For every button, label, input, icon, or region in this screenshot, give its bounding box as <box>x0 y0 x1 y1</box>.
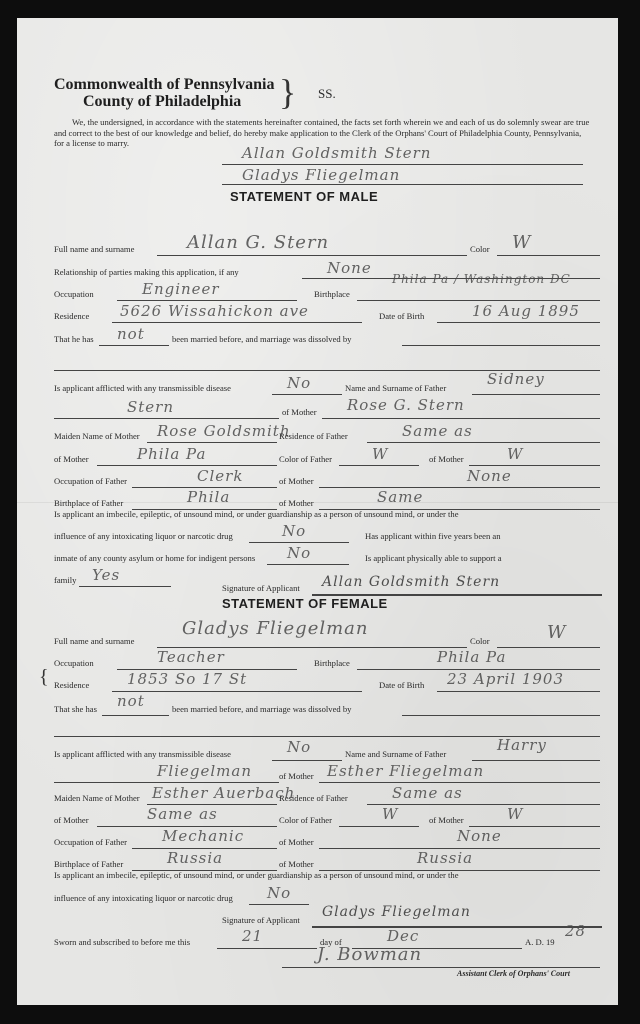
male-birth-mother-label: of Mother <box>279 498 314 508</box>
male-influence-line <box>249 542 349 543</box>
male-dob-value: 16 Aug 1895 <box>472 302 580 320</box>
male-dissolved-label: been married before, and marriage was di… <box>172 334 351 344</box>
female-birth-father-label: Birthplace of Father <box>54 859 123 869</box>
header-county: County of Philadelphia <box>83 93 241 110</box>
male-color-mother-value: W <box>507 445 523 463</box>
male-father-name-line <box>472 394 600 395</box>
male-father-name-label: Name and Surname of Father <box>345 383 446 393</box>
clerk-signature-line <box>282 967 600 968</box>
male-married-value: not <box>117 325 145 343</box>
male-support-label: Is applicant physically able to support … <box>365 553 502 563</box>
male-birthplace-line <box>357 300 600 301</box>
female-res-father-value: Same as <box>392 784 463 802</box>
male-birth-father-label: Birthplace of Father <box>54 498 123 508</box>
male-five-years-label: Has applicant within five years been an <box>365 531 501 541</box>
male-occupation-line <box>117 300 297 301</box>
female-mother-name-line <box>319 782 600 783</box>
female-disease-value: No <box>287 738 311 756</box>
female-influence-line <box>249 904 309 905</box>
female-color-value: W <box>547 622 567 643</box>
male-occupation-label: Occupation <box>54 289 94 299</box>
female-birth-mother-label: of Mother <box>279 859 314 869</box>
male-birth-mother-value: Same <box>377 488 423 506</box>
male-occ-mother-line <box>319 487 600 488</box>
male-occ-mother-label: of Mother <box>279 476 314 486</box>
female-signature-label: Signature of Applicant <box>222 915 300 925</box>
male-relationship-label: Relationship of parties making this appl… <box>54 267 239 277</box>
male-occupation-value: Engineer <box>142 280 220 298</box>
female-occ-mother-label: of Mother <box>279 837 314 847</box>
male-family-label: family <box>54 575 76 585</box>
female-occupation-value: Teacher <box>157 648 225 666</box>
male-color-father-line <box>339 465 419 466</box>
male-birthplace-value: Phila Pa / Washington DC <box>392 272 571 286</box>
male-color-label: Color <box>470 244 490 254</box>
male-mother-name-label: of Mother <box>282 407 317 417</box>
female-residence-label: Residence <box>54 680 89 690</box>
brace: } <box>279 74 296 110</box>
male-residence-line <box>112 322 362 323</box>
female-signature-value: Gladys Fliegelman <box>322 904 471 920</box>
female-color-mother-label: of Mother <box>429 815 464 825</box>
male-married-line <box>99 345 169 346</box>
female-mother-name-label: of Mother <box>279 771 314 781</box>
male-dissolved-line <box>402 345 600 346</box>
applicant-line-1 <box>222 164 583 165</box>
female-birth-father-value: Russia <box>167 849 223 867</box>
male-relationship-value: None <box>327 259 372 277</box>
male-maiden-mother-label: Maiden Name of Mother <box>54 431 140 441</box>
male-married-label: That he has <box>54 334 94 344</box>
female-father-name-value-1: Harry <box>497 736 547 754</box>
female-maiden-mother-value: Esther Auerbach <box>152 784 295 802</box>
male-family-value: Yes <box>92 566 120 584</box>
male-dob-label: Date of Birth <box>379 311 424 321</box>
male-birth-father-value: Phila <box>187 488 230 506</box>
female-color-line <box>497 647 600 648</box>
male-res-mother-label: of Mother <box>54 454 89 464</box>
female-disease-line <box>272 760 342 761</box>
female-occ-mother-value: None <box>457 827 502 845</box>
male-inmate-label: inmate of any county asylum or home for … <box>54 553 255 563</box>
male-occ-father-label: Occupation of Father <box>54 476 127 486</box>
male-full-name-line <box>157 255 467 256</box>
male-res-mother-value: Phila Pa <box>137 445 206 463</box>
sworn-year-value: 28 <box>565 922 586 940</box>
applicant-name-2: Gladys Fliegelman <box>242 166 400 184</box>
female-influence-value: No <box>267 884 291 902</box>
female-full-name-value: Gladys Fliegelman <box>182 618 369 639</box>
ss-mark: SS. <box>318 86 336 102</box>
male-dob-line <box>437 322 600 323</box>
female-residence-value: 1853 So 17 St <box>127 670 247 688</box>
female-color-father-line <box>339 826 419 827</box>
female-birth-mother-value: Russia <box>417 849 473 867</box>
female-dob-value: 23 April 1903 <box>447 670 564 688</box>
female-res-mother-value: Same as <box>147 805 218 823</box>
female-occ-father-value: Mechanic <box>162 827 244 845</box>
male-signature-label: Signature of Applicant <box>222 583 300 593</box>
male-residence-value: 5626 Wissahickon ave <box>120 302 309 320</box>
female-maiden-mother-label: Maiden Name of Mother <box>54 793 140 803</box>
female-married-label: That she has <box>54 704 97 714</box>
male-color-mother-line <box>469 465 600 466</box>
female-mother-name-value: Esther Fliegelman <box>327 762 484 780</box>
female-father-name-line <box>472 760 600 761</box>
female-father-name-value-2: Fliegelman <box>157 762 252 780</box>
male-father-name-value-1: Sidney <box>487 370 545 388</box>
male-residence-label: Residence <box>54 311 89 321</box>
female-dissolved-line <box>402 715 600 716</box>
female-color-father-value: W <box>382 805 398 823</box>
female-birthplace-value: Phila Pa <box>437 648 506 666</box>
female-married-value: not <box>117 692 145 710</box>
male-mother-name-line <box>322 418 600 419</box>
male-maiden-mother-value: Rose Goldsmith <box>157 422 291 440</box>
male-color-father-label: Color of Father <box>279 454 332 464</box>
female-residence-line <box>112 691 362 692</box>
male-occ-mother-value: None <box>467 467 512 485</box>
male-full-name-value: Allan G. Stern <box>187 232 329 253</box>
male-res-father-value: Same as <box>402 422 473 440</box>
male-signature-value: Allan Goldsmith Stern <box>322 574 500 590</box>
female-color-label: Color <box>470 636 490 646</box>
margin-bracket: { <box>39 666 49 689</box>
male-influence-label: influence of any intoxicating liquor or … <box>54 531 233 541</box>
female-married-line <box>102 715 169 716</box>
male-father-surname-line <box>54 418 279 419</box>
marriage-license-application: Commonwealth of Pennsylvania County of P… <box>17 18 618 1005</box>
female-res-father-line <box>367 804 600 805</box>
male-influence-value: No <box>282 522 306 540</box>
female-color-father-label: Color of Father <box>279 815 332 825</box>
applicant-line-2 <box>222 184 583 185</box>
male-color-father-value: W <box>372 445 388 463</box>
male-imbecile-question: Is applicant an imbecile, epileptic, of … <box>54 509 459 519</box>
female-father-name-label: Name and Surname of Father <box>345 749 446 759</box>
male-section-title: Statement of Male <box>230 189 378 204</box>
male-color-line <box>497 255 600 256</box>
male-inmate-value: No <box>287 544 311 562</box>
sworn-label: Sworn and subscribed to before me this <box>54 937 190 947</box>
female-disease-label: Is applicant afflicted with any transmis… <box>54 749 231 759</box>
female-birthplace-label: Birthplace <box>314 658 350 668</box>
sworn-day-value: 21 <box>242 927 263 945</box>
male-disease-value: No <box>287 374 311 392</box>
male-color-value: W <box>512 232 532 253</box>
male-family-line <box>79 586 171 587</box>
female-section-title: Statement of Female <box>222 596 388 611</box>
clerk-title: Assistant Clerk of Orphans' Court <box>457 969 570 978</box>
female-occupation-label: Occupation <box>54 658 94 668</box>
female-dob-label: Date of Birth <box>379 680 424 690</box>
female-occ-father-label: Occupation of Father <box>54 837 127 847</box>
male-res-father-label: Residence of Father <box>279 431 348 441</box>
male-maiden-mother-line <box>147 442 277 443</box>
sworn-month-value: Dec <box>387 927 419 945</box>
female-signature-line <box>312 926 602 928</box>
female-imbecile-question: Is applicant an imbecile, epileptic, of … <box>54 870 459 880</box>
sworn-day-line <box>217 948 317 949</box>
male-res-father-line <box>367 442 600 443</box>
header-commonwealth: Commonwealth of Pennsylvania <box>54 76 274 93</box>
female-father-surname-line <box>54 782 279 783</box>
male-disease-line <box>272 394 342 395</box>
female-dissolved-label: been married before, and marriage was di… <box>172 704 351 714</box>
male-occ-father-value: Clerk <box>197 467 243 485</box>
male-full-name-label: Full name and surname <box>54 244 134 254</box>
female-dob-line <box>437 691 600 692</box>
female-full-name-label: Full name and surname <box>54 636 134 646</box>
male-color-mother-label: of Mother <box>429 454 464 464</box>
male-inmate-line <box>267 564 349 565</box>
female-color-mother-value: W <box>507 805 523 823</box>
female-influence-label: influence of any intoxicating liquor or … <box>54 893 233 903</box>
female-res-mother-label: of Mother <box>54 815 89 825</box>
clerk-signature-value: J. Bowman <box>317 944 422 965</box>
applicant-name-1: Allan Goldsmith Stern <box>242 144 431 162</box>
male-disease-label: Is applicant afflicted with any transmis… <box>54 383 231 393</box>
male-mother-name-value: Rose G. Stern <box>347 396 465 414</box>
male-res-mother-line <box>97 465 277 466</box>
female-res-father-label: Residence of Father <box>279 793 348 803</box>
sworn-ad-label: A. D. 19 <box>525 937 555 947</box>
male-father-name-value-2: Stern <box>127 398 174 416</box>
male-birthplace-label: Birthplace <box>314 289 350 299</box>
